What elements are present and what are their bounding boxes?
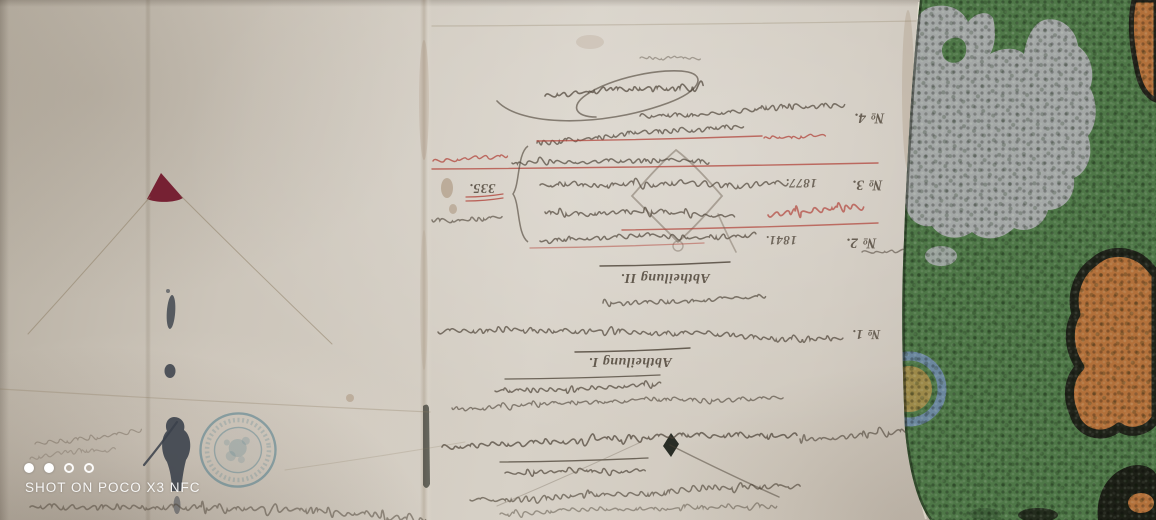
pager-dot-empty bbox=[64, 463, 74, 473]
pager-dot-empty bbox=[84, 463, 94, 473]
gallery-pager bbox=[24, 463, 94, 473]
camera-watermark: SHOT ON POCO X3 NFC bbox=[25, 480, 201, 495]
gallery-photo: № 4.№ 3.1877.335.№ 2.1841.№ 1.Abtheilung… bbox=[0, 0, 1156, 520]
handwriting-token: 1841. bbox=[765, 232, 797, 248]
handwriting-token: № 3. bbox=[852, 176, 883, 193]
handwriting-token: № 2. bbox=[846, 234, 877, 251]
handwriting-token: 1877. bbox=[785, 175, 817, 191]
handwriting-token: 335. bbox=[469, 179, 496, 195]
handwriting-token: Abtheilung I. bbox=[588, 353, 672, 369]
handwriting-token: Abtheilung II. bbox=[620, 269, 709, 285]
carpet-background bbox=[0, 0, 1156, 520]
handwriting-token: № 1. bbox=[852, 325, 881, 341]
handwriting-token: № 4. bbox=[854, 109, 885, 126]
pager-dot-filled bbox=[44, 463, 54, 473]
pager-dot-filled bbox=[24, 463, 34, 473]
